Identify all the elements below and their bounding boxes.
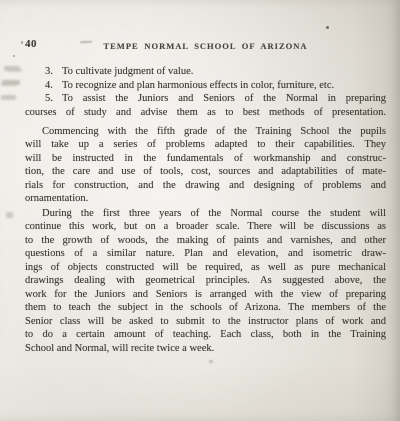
ink-smudge xyxy=(4,66,20,71)
paragraph-2-line: questions of a similar nature. Plan and … xyxy=(25,247,386,261)
ink-speck xyxy=(21,41,23,44)
list-item-4-number: 4. xyxy=(45,79,62,93)
paragraph-1-line: ornamentation. xyxy=(25,192,386,206)
list-item-5-number: 5. xyxy=(45,92,62,106)
paragraph-2-line: to do a certain amount of teaching. Each… xyxy=(25,328,386,342)
ink-speck xyxy=(326,26,329,29)
list-item-5-continuation: courses of study and advise them as to b… xyxy=(25,106,386,120)
paragraph-1-line: rials for construction, and the drawing … xyxy=(25,179,386,193)
paragraph-1-line: Commencing with the fifth grade of the T… xyxy=(25,125,386,139)
paragraph-2-line: School and Normal, will recite twice a w… xyxy=(25,342,386,356)
paragraph-1-line: tion, the care and use of tools, cost, s… xyxy=(25,165,386,179)
paragraph-2-line: them to teach the subject in the schools… xyxy=(25,301,386,315)
paragraph-1-line: will be instructed in the fundamentals o… xyxy=(25,152,386,166)
paragraph-1-line: will take up a series of problems adapte… xyxy=(25,138,386,152)
running-head: TEMPE NORMAL SCHOOL OF ARIZONA xyxy=(25,38,386,51)
list-item-4: 4.To recognize and plan harmonious effec… xyxy=(25,79,386,93)
page-header: 40 TEMPE NORMAL SCHOOL OF ARIZONA xyxy=(25,38,386,53)
book-page: 40 TEMPE NORMAL SCHOOL OF ARIZONA 3.To c… xyxy=(0,0,400,421)
paragraph-2-line: to the growth of woods, the making of pa… xyxy=(25,234,386,248)
list-item-3: 3.To cultivate judgment of value. xyxy=(25,65,386,79)
list-item-3-text: To cultivate judgment of value. xyxy=(62,66,193,77)
list-item-5: 5.To assist the Juniors and Seniors of t… xyxy=(25,92,386,106)
ink-smudge xyxy=(1,95,16,100)
ink-smudge xyxy=(2,80,20,85)
ink-smudge xyxy=(6,212,13,218)
ink-smudge xyxy=(80,41,92,43)
page-number: 40 xyxy=(25,38,37,50)
list-item-5-text: To assist the Juniors and Seniors of the… xyxy=(62,93,386,104)
page-body: 3.To cultivate judgment of value. 4.To r… xyxy=(25,65,386,355)
paragraph-2-line: continue this work, but on a broader sca… xyxy=(25,220,386,234)
paragraph-2-line: work for the Juniors and Seniors is arra… xyxy=(25,288,386,302)
paragraph-1: Commencing with the fifth grade of the T… xyxy=(25,125,386,206)
ink-speck xyxy=(13,55,15,57)
paragraph-2-line: drawings dealing with geometrical princi… xyxy=(25,274,386,288)
paragraph-2-line: During the first three years of the Norm… xyxy=(25,207,386,221)
paragraph-2-line: ings of objects constructed will be requ… xyxy=(25,261,386,275)
list-item-3-number: 3. xyxy=(45,65,62,79)
list-item-4-text: To recognize and plan harmonious effects… xyxy=(62,80,334,91)
paragraph-2: During the first three years of the Norm… xyxy=(25,207,386,356)
ink-speck xyxy=(209,360,213,363)
paragraph-2-line: Senior class will be asked to submit to … xyxy=(25,315,386,329)
